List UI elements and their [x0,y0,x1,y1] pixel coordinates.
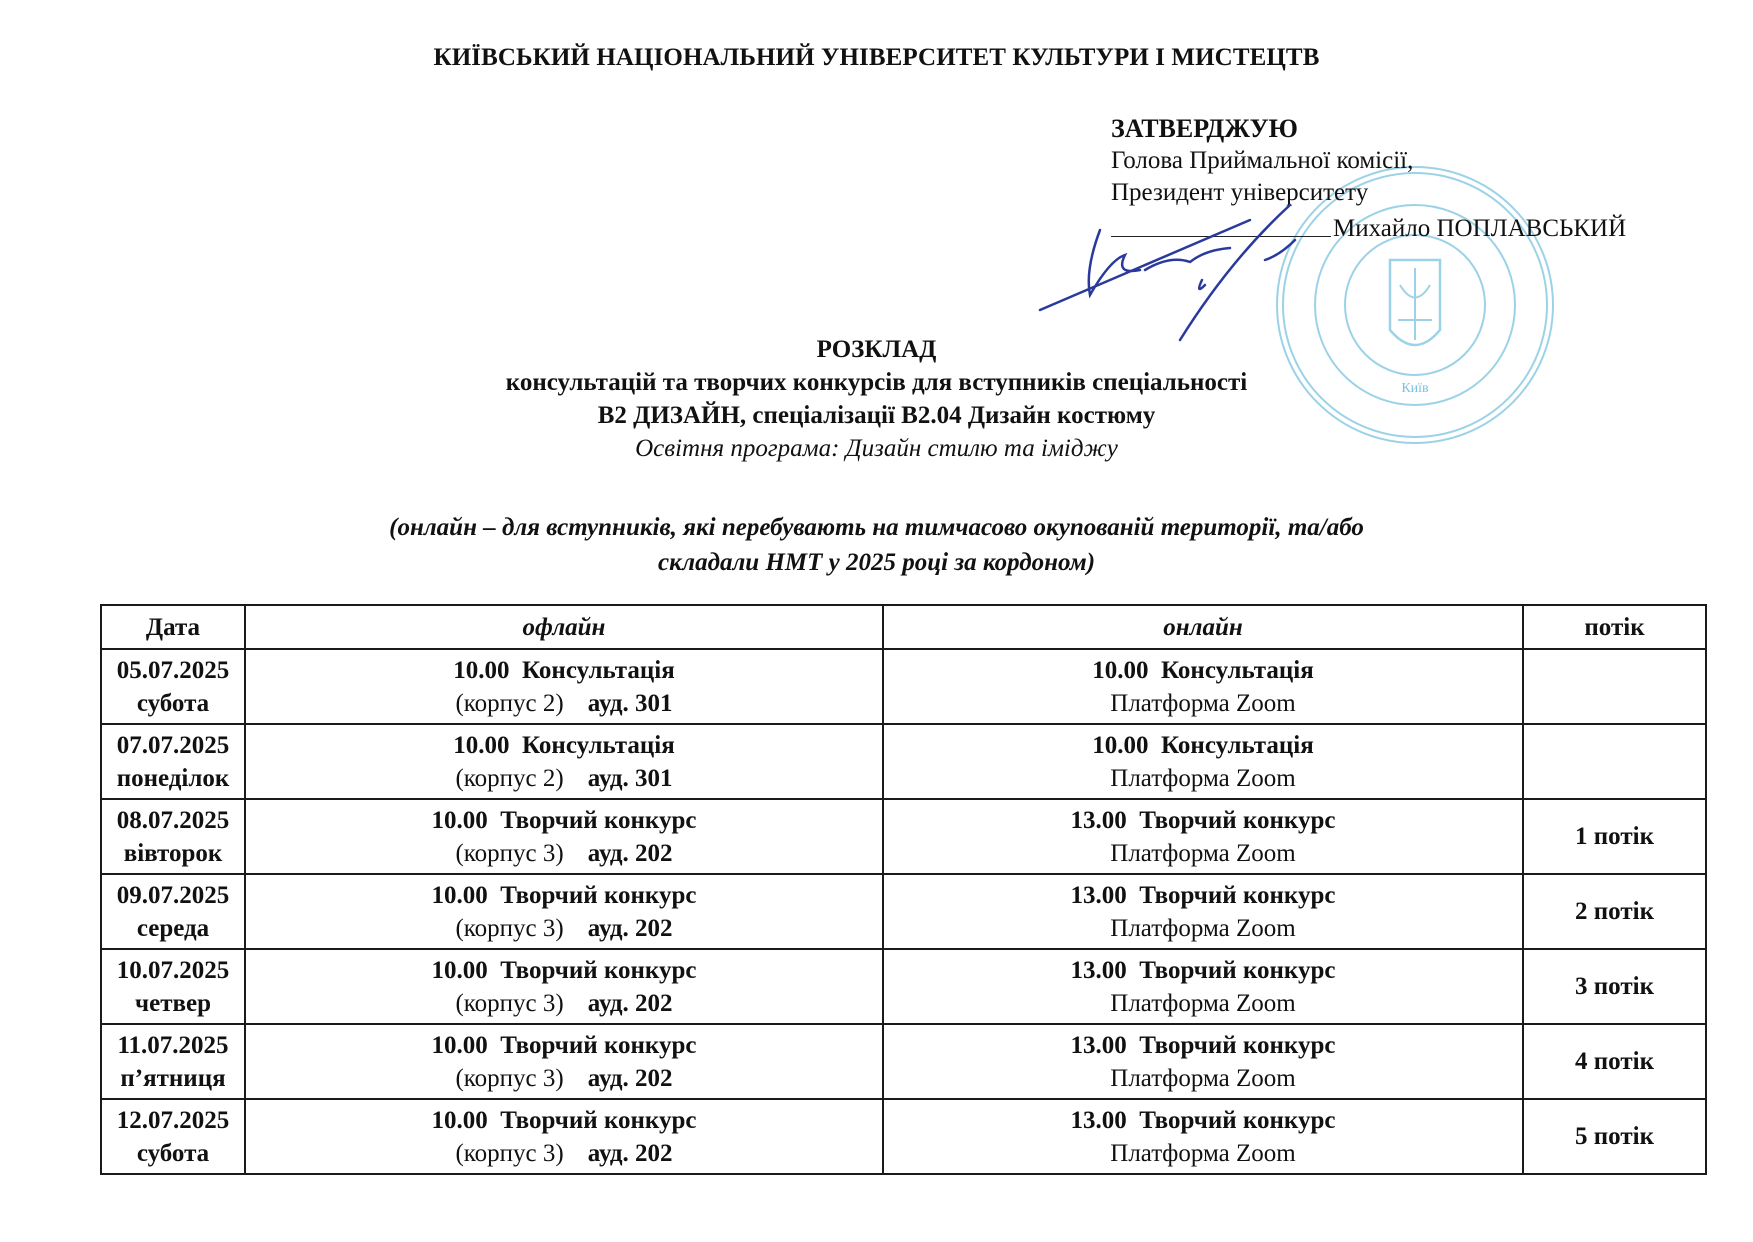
offline-location: (корпус 2)ауд. 301 [250,762,878,795]
document-title: РОЗКЛАД [0,333,1753,366]
table-row: 12.07.2025субота10.00 Творчий конкурс(ко… [101,1099,1706,1174]
table-row: 11.07.2025п’ятниця10.00 Творчий конкурс(… [101,1024,1706,1099]
online-event: 10.00 Консультація [888,729,1518,762]
stream-cell: 1 потік [1523,799,1706,874]
offline-room: ауд. 202 [588,840,673,867]
weekday: понеділок [106,762,240,795]
online-platform: Платформа Zoom [888,837,1518,870]
online-note: (онлайн – для вступників, які перебувают… [0,510,1753,580]
date-cell: 11.07.2025п’ятниця [101,1024,245,1099]
offline-location: (корпус 3)ауд. 202 [250,912,878,945]
table-row: 08.07.2025вівторок10.00 Творчий конкурс(… [101,799,1706,874]
header-stream: потік [1523,605,1706,649]
weekday: п’ятниця [106,1062,240,1095]
online-platform: Платформа Zoom [888,687,1518,720]
date: 07.07.2025 [106,729,240,762]
offline-building: (корпус 3) [455,915,563,942]
weekday: субота [106,687,240,720]
educational-program: Освітня програма: Дизайн стилю та іміджу [0,432,1753,465]
offline-cell: 10.00 Творчий конкурс(корпус 3)ауд. 202 [245,949,883,1024]
weekday: субота [106,1137,240,1170]
offline-cell: 10.00 Творчий конкурс(корпус 3)ауд. 202 [245,799,883,874]
online-cell: 13.00 Творчий конкурсПлатформа Zoom [883,1099,1523,1174]
offline-event: 10.00 Творчий конкурс [250,954,878,987]
offline-location: (корпус 3)ауд. 202 [250,1062,878,1095]
offline-building: (корпус 3) [455,1065,563,1092]
offline-room: ауд. 301 [588,690,673,717]
table-row: 09.07.2025середа10.00 Творчий конкурс(ко… [101,874,1706,949]
offline-location: (корпус 3)ауд. 202 [250,837,878,870]
date-cell: 09.07.2025середа [101,874,245,949]
university-title: КИЇВСЬКИЙ НАЦІОНАЛЬНИЙ УНІВЕРСИТЕТ КУЛЬТ… [0,44,1753,72]
stream-cell: 4 потік [1523,1024,1706,1099]
document-title-block: РОЗКЛАД консультацій та творчих конкурсі… [0,333,1753,465]
online-platform: Платформа Zoom [888,1137,1518,1170]
stream-cell: 2 потік [1523,874,1706,949]
date: 09.07.2025 [106,879,240,912]
online-cell: 13.00 Творчий конкурсПлатформа Zoom [883,1024,1523,1099]
stream-cell [1523,724,1706,799]
online-platform: Платформа Zoom [888,987,1518,1020]
offline-cell: 10.00 Творчий конкурс(корпус 3)ауд. 202 [245,1024,883,1099]
document-subtitle-2: В2 ДИЗАЙН, спеціалізації В2.04 Дизайн ко… [0,399,1753,432]
online-event: 13.00 Творчий конкурс [888,879,1518,912]
header-online: онлайн [883,605,1523,649]
offline-building: (корпус 2) [455,690,563,717]
date-cell: 07.07.2025понеділок [101,724,245,799]
offline-cell: 10.00 Творчий конкурс(корпус 3)ауд. 202 [245,1099,883,1174]
online-event: 13.00 Творчий конкурс [888,954,1518,987]
offline-event: 10.00 Творчий конкурс [250,1104,878,1137]
date: 11.07.2025 [106,1029,240,1062]
online-platform: Платформа Zoom [888,1062,1518,1095]
online-event: 13.00 Творчий конкурс [888,1104,1518,1137]
date: 05.07.2025 [106,654,240,687]
header-offline: офлайн [245,605,883,649]
online-cell: 13.00 Творчий конкурсПлатформа Zoom [883,949,1523,1024]
table-row: 05.07.2025субота10.00 Консультація(корпу… [101,649,1706,724]
offline-building: (корпус 3) [455,1140,563,1167]
online-note-line-2: складали НМТ у 2025 році за кордоном) [0,545,1753,580]
stream-cell: 5 потік [1523,1099,1706,1174]
approval-heading: ЗАТВЕРДЖУЮ [1111,113,1413,145]
date-cell: 05.07.2025субота [101,649,245,724]
date-cell: 12.07.2025субота [101,1099,245,1174]
online-cell: 13.00 Творчий конкурсПлатформа Zoom [883,874,1523,949]
date: 08.07.2025 [106,804,240,837]
document-subtitle-1: консультацій та творчих конкурсів для вс… [0,366,1753,399]
stream-cell: 3 потік [1523,949,1706,1024]
approval-block: ЗАТВЕРДЖУЮ Голова Приймальної комісії, П… [1111,113,1413,209]
online-note-line-1: (онлайн – для вступників, які перебувают… [0,510,1753,545]
online-platform: Платформа Zoom [888,912,1518,945]
weekday: четвер [106,987,240,1020]
offline-room: ауд. 202 [588,990,673,1017]
online-event: 13.00 Творчий конкурс [888,804,1518,837]
stream-cell [1523,649,1706,724]
offline-room: ауд. 202 [588,1140,673,1167]
schedule-table: Дата офлайн онлайн потік 05.07.2025субот… [100,604,1707,1175]
online-cell: 10.00 КонсультаціяПлатформа Zoom [883,724,1523,799]
offline-cell: 10.00 Консультація(корпус 2)ауд. 301 [245,649,883,724]
offline-building: (корпус 3) [455,990,563,1017]
offline-room: ауд. 202 [588,915,673,942]
offline-event: 10.00 Творчий конкурс [250,879,878,912]
offline-cell: 10.00 Консультація(корпус 2)ауд. 301 [245,724,883,799]
date: 12.07.2025 [106,1104,240,1137]
date: 10.07.2025 [106,954,240,987]
table-header-row: Дата офлайн онлайн потік [101,605,1706,649]
table-row: 07.07.2025понеділок10.00 Консультація(ко… [101,724,1706,799]
offline-building: (корпус 3) [455,840,563,867]
signature [1030,200,1370,350]
online-cell: 13.00 Творчий конкурсПлатформа Zoom [883,799,1523,874]
table-row: 10.07.2025четвер10.00 Творчий конкурс(ко… [101,949,1706,1024]
weekday: вівторок [106,837,240,870]
offline-location: (корпус 3)ауд. 202 [250,987,878,1020]
header-date: Дата [101,605,245,649]
online-event: 10.00 Консультація [888,654,1518,687]
offline-room: ауд. 202 [588,1065,673,1092]
offline-location: (корпус 2)ауд. 301 [250,687,878,720]
offline-room: ауд. 301 [588,765,673,792]
online-platform: Платформа Zoom [888,762,1518,795]
online-event: 13.00 Творчий конкурс [888,1029,1518,1062]
offline-cell: 10.00 Творчий конкурс(корпус 3)ауд. 202 [245,874,883,949]
offline-event: 10.00 Творчий конкурс [250,804,878,837]
weekday: середа [106,912,240,945]
offline-location: (корпус 3)ауд. 202 [250,1137,878,1170]
signer-name: Михайло ПОПЛАВСЬКИЙ [1333,213,1626,245]
offline-event: 10.00 Консультація [250,729,878,762]
date-cell: 08.07.2025вівторок [101,799,245,874]
online-cell: 10.00 КонсультаціяПлатформа Zoom [883,649,1523,724]
offline-building: (корпус 2) [455,765,563,792]
date-cell: 10.07.2025четвер [101,949,245,1024]
approval-position-1: Голова Приймальної комісії, [1111,145,1413,177]
offline-event: 10.00 Творчий конкурс [250,1029,878,1062]
offline-event: 10.00 Консультація [250,654,878,687]
